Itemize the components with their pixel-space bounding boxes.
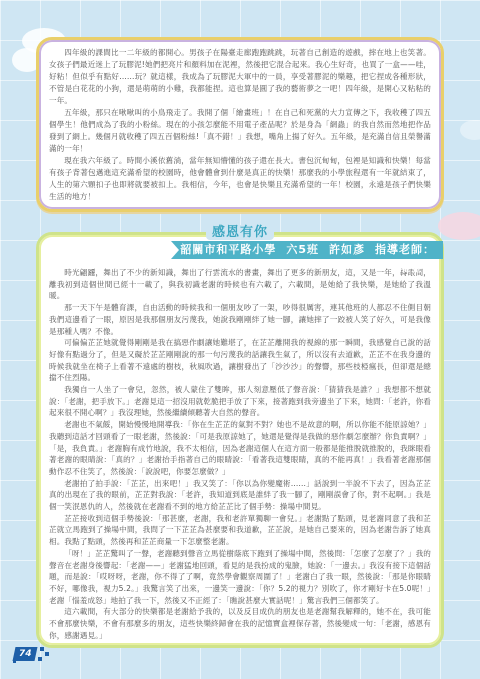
essay-card-2: 感恩有你 韶關市和平路小學六5班許如彥指導老師：龍金東 時光翩躚，舞出了不少的新… <box>36 232 444 648</box>
essay-title: 感恩有你 <box>39 221 441 240</box>
essay1-paragraph: 現在我六年級了。時間小溪依舊淌，當年無知懵懂的孩子還在長大。書包沉甸甸，包裡是知… <box>49 155 431 203</box>
essay2-paragraph: 芷芷接收到這個手勢後說：「那甚麼，老謝，我和老許單獨聊一會兒。」老謝點了點頭，見… <box>49 513 431 548</box>
cloud-decoration <box>438 212 480 240</box>
decorative-dot <box>45 652 49 656</box>
decorative-dot <box>38 657 42 661</box>
essay-card-1: 四年級的課間比一二年級的都開心。男孩子在陽臺走廊跑跑跳跳，玩著自己創造的遊戲，摔… <box>36 37 444 212</box>
essay2-paragraph: 可偏偏芷芷她就覺得剛剛是我在搞惡作劇讓她難堪了，在芷芷離開我的視線的那一瞬間，我… <box>49 337 431 384</box>
decorative-dot <box>40 647 44 651</box>
page-number-badge: 74 <box>13 647 38 661</box>
essay1-paragraph: 四年級的課間比一二年級的都開心。男孩子在陽臺走廊跑跑跳跳，玩著自己創造的遊戲，摔… <box>49 47 431 107</box>
essay1-paragraph: 五年級，那只在啾啾叫的小鳥飛走了。我開了個「繪畫班」！在自己和死黨的大力宣傳之下… <box>49 107 431 155</box>
decorative-dot <box>13 660 16 663</box>
school-name: 韶關市和平路小學 <box>180 243 276 256</box>
cloud-decoration <box>460 120 480 140</box>
essay2-paragraph: 這六載間，有大部分的快樂都是老謝給予我的，以及反目成仇的朋友也是老謝幫我解釋的，… <box>49 606 431 641</box>
essay2-paragraph: 我獨自一人坐了一會兒，忽然，被人蒙住了雙眸，那人刻意壓低了聲音說：「猜猜我是誰？… <box>49 384 431 419</box>
class-name: 六5班 <box>286 243 319 256</box>
essay2-paragraph: 老謝拍了拍手說：「芷芷，出來吧！」我又笑了：「你以為你變魔術……」話說到一半說不… <box>49 478 431 513</box>
essay2-paragraph: 「呀！」芷芷驚叫了一聲，老謝聽到聲音立馬從樹蔭底下跑到了操場中間，然後問：「怎麼… <box>49 548 431 607</box>
essay2-paragraph: 老謝也不氣餒，開始慢慢地開導我：「你在生芷芷的氣對不對？她也不是故意的啊，所以你… <box>49 419 431 478</box>
byline-banner: 韶關市和平路小學六5班許如彥指導老師：龍金東 <box>171 241 443 259</box>
author-name: 許如彥 <box>329 243 365 256</box>
essay2-paragraph: 那一天下午是體育課，自由活動的時候我和一個朋友吵了一架，吵得很厲害，連其他班的人… <box>49 302 431 337</box>
essay2-paragraph: 時光翩躚，舞出了不少的新知識，舞出了行雲流水的書畫，舞出了更多的新朋友，這，又是… <box>49 267 431 302</box>
